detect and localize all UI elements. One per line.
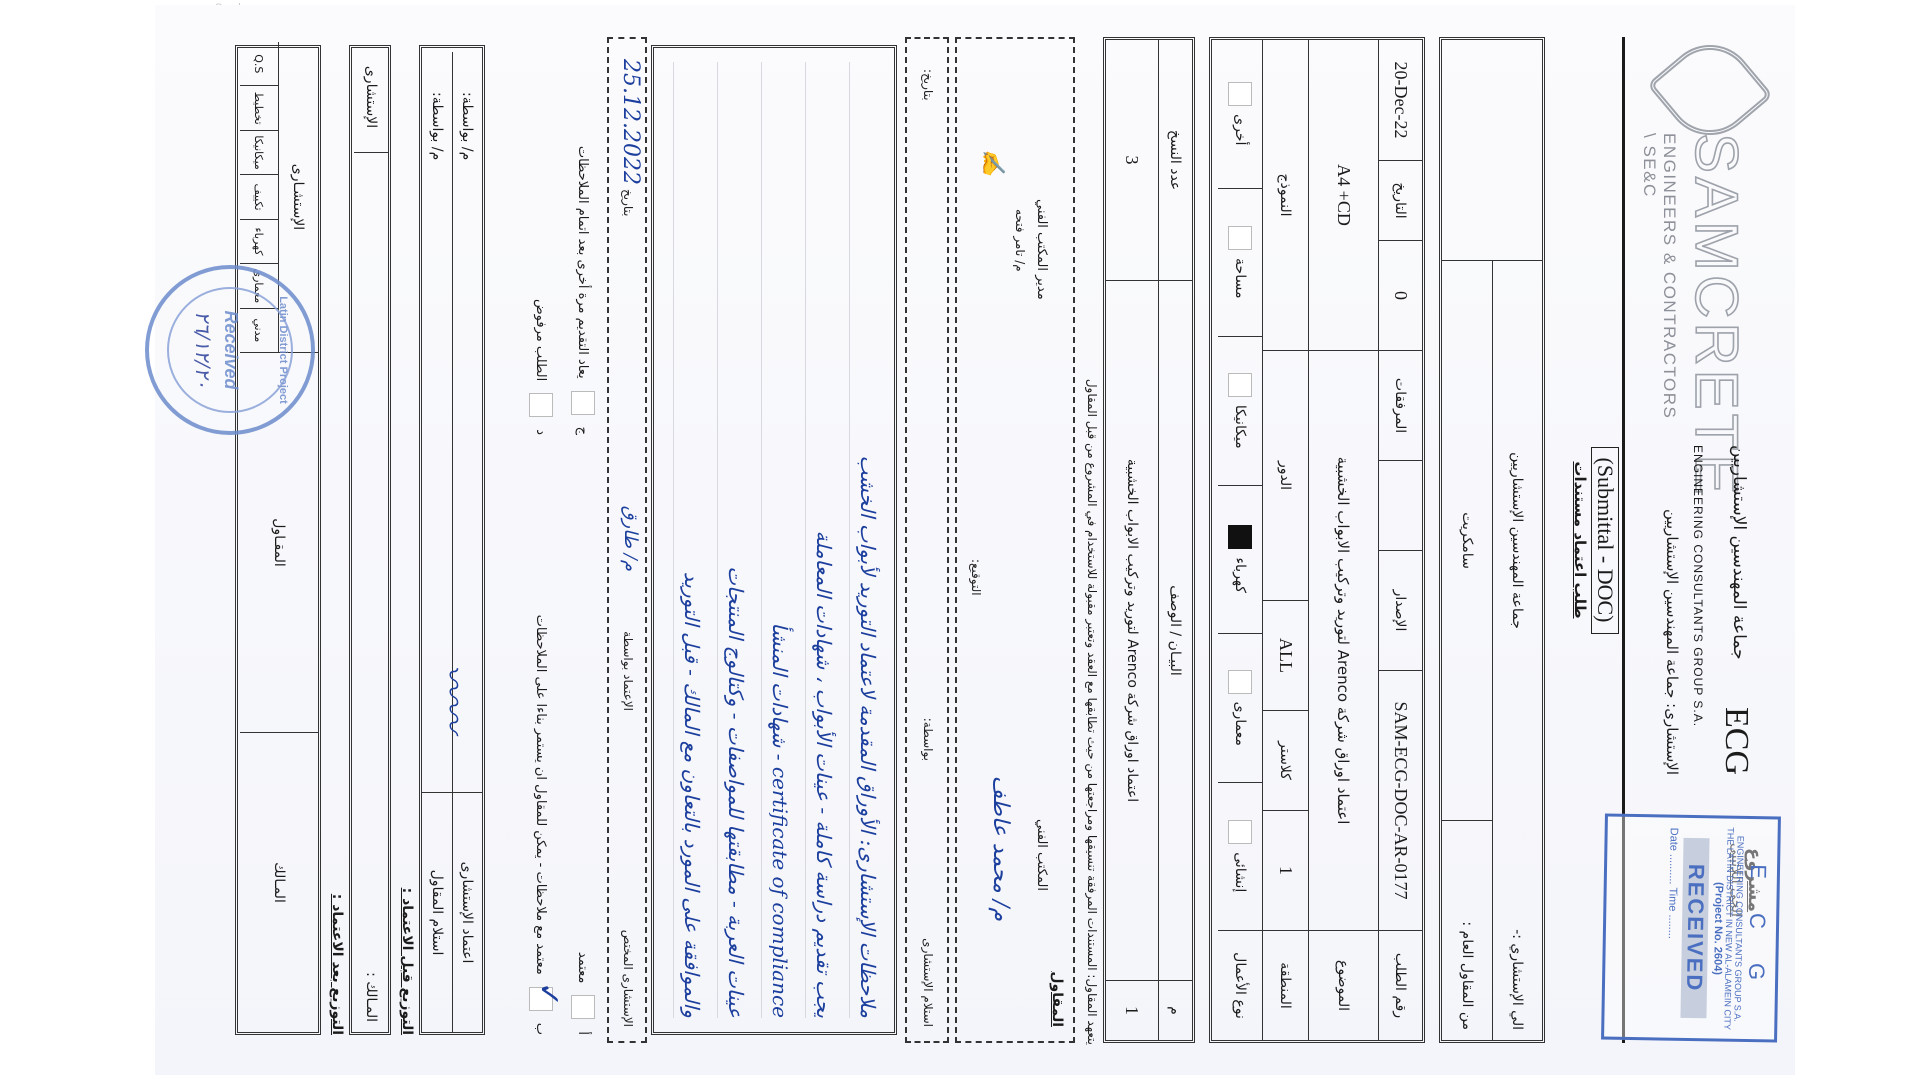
- work-type-label: إنشائى: [1232, 852, 1248, 892]
- consultant-sign-row: الإستشارى المختص الإعتماد بواسطة م/ طارق…: [607, 37, 647, 1043]
- from-label: من المقاول العام :: [1442, 820, 1492, 1040]
- notes-date: 25.12.2022: [618, 59, 643, 185]
- date-value: 20-Dec-22: [1378, 40, 1422, 160]
- consultant-approval-signature: 〰〰: [431, 664, 480, 732]
- consultant-notes-text: ملاحظات الإستشارى: الأوراق المقدمة لاعتم…: [670, 62, 890, 1018]
- to-from-block: الي الإستشاري :- جماعة المهندسين الإستشا…: [1439, 37, 1545, 1043]
- checkbox-icon[interactable]: [571, 391, 595, 415]
- latin-district-round-stamp: Latin District Project Received ٢٦/١٢/٢٠: [145, 265, 315, 435]
- items-table: م البيـان / الوصف عدد النسخ 1 اعتماد اور…: [1103, 37, 1195, 1043]
- to-label: الي الإستشاري :-: [1492, 820, 1542, 1040]
- ecg-logo: ECG جماعة المهندسين الإستشاريين ENGINEER…: [1641, 445, 1761, 775]
- work-type-checkboxes: إنشائىمعمارىكهرباءميكانيكامساحةأخرى: [1218, 40, 1262, 930]
- handwritten-note-line: عينات العربة - مطابقتها للمواصفات - وكتا…: [714, 62, 758, 1018]
- handwritten-note-line: والموافقة على المورد بالتعاون مع المالك …: [670, 62, 714, 1018]
- request-info-table: رقم الطلب SAM-ECG-DOC-AR-0177 الإصدار ال…: [1209, 37, 1425, 1043]
- tech-office-signature: م/ محمد عاطف: [988, 776, 1013, 921]
- item-copies: 3: [1106, 40, 1158, 280]
- work-type-option: معمارى: [1218, 633, 1262, 782]
- handwritten-note-line: يجب تقديم دراسة كاملة - عينات الأبواب ، …: [802, 62, 846, 1018]
- work-type-label: معمارى: [1232, 702, 1248, 746]
- work-type-option: مساحة: [1218, 188, 1262, 337]
- checkbox-icon[interactable]: [1228, 82, 1252, 106]
- checkbox-icon[interactable]: [1228, 373, 1252, 397]
- distribution-before: المـالك : الإستشارى: [349, 45, 391, 1035]
- floor-value: ALL: [1262, 600, 1308, 710]
- distribution-after: المـالك المقـاول الإستشـارى مدنيمعمارىكه…: [235, 45, 321, 1035]
- approver-signature: م/ طارق: [620, 506, 641, 571]
- checkbox-icon[interactable]: [571, 995, 595, 1019]
- checkbox-icon[interactable]: ✓: [529, 987, 553, 1011]
- decision-option: ب✓معتمد مع ملاحظات - يمكن للمقاول ان يست…: [529, 615, 553, 1035]
- item-number: 1: [1106, 980, 1158, 1040]
- checkbox-icon[interactable]: [529, 393, 553, 417]
- handwritten-note-line: certificate of compliance - شهادات المنش…: [758, 62, 802, 1018]
- to-value: جماعة المهندسين الإستشاريين: [1492, 260, 1542, 820]
- checkbox-icon[interactable]: [1228, 820, 1252, 844]
- consultant-notes-box: ملاحظات الإستشارى: الأوراق المقدمة لاعتم…: [651, 45, 897, 1035]
- request-number: SAM-ECG-DOC-AR-0177: [1378, 670, 1422, 930]
- checkbox-icon[interactable]: [1228, 670, 1252, 694]
- from-value: سامكريت: [1442, 260, 1492, 820]
- work-type-label: أخرى: [1232, 114, 1248, 145]
- tech-manager-signature: ✍: [980, 149, 1005, 176]
- checkmark-icon: ✓: [531, 982, 566, 1007]
- issue-value: [1378, 460, 1422, 550]
- approval-signatures: اعتماد الإستشارى م/ بواسطة: استلام المقا…: [419, 45, 485, 1035]
- decision-option: دالطلب مرفوض: [529, 299, 553, 435]
- work-type-label: ميكانيكا: [1232, 405, 1248, 449]
- attachments-value: 0: [1378, 240, 1422, 350]
- checkbox-icon[interactable]: [1228, 226, 1252, 250]
- department-cell: كهرباء: [240, 219, 278, 263]
- contractor-declaration: يتعهد المقاول: المستندات المرفقة تنسيقها…: [1085, 35, 1099, 1045]
- consultant-receipt-row: استلام الإستشارى بواسطة: بتاريخ:: [905, 37, 949, 1043]
- decision-options: أمعتمدب✓معتمد مع ملاحظات - يمكن للمقاول …: [495, 45, 595, 1035]
- checkbox-icon[interactable]: [1228, 525, 1252, 549]
- decision-option: جيعاد التقديم مرة أخرى بعد اتمام الملاحظ…: [571, 146, 595, 435]
- work-type-label: مساحة: [1232, 258, 1248, 298]
- department-cell: تخطيط: [240, 85, 278, 129]
- work-type-option: إنشائى: [1218, 782, 1262, 931]
- cluster-value: 1: [1262, 810, 1308, 930]
- contractor-signature-block: المقاول المكتب الفني م/ محمد عاطف مدير ا…: [955, 37, 1075, 1043]
- work-type-option: أخرى: [1218, 40, 1262, 188]
- handwritten-note-line: ملاحظات الإستشارى: الأوراق المقدمة لاعتم…: [846, 62, 890, 1018]
- work-type-option: ميكانيكا: [1218, 336, 1262, 485]
- submittal-form-page: SAMCRETE ENGINEERS & CONTRACTORS \ SE&C …: [155, 5, 1795, 1075]
- department-cell: تكييف: [240, 174, 278, 218]
- department-cell: Q.S: [240, 42, 278, 85]
- work-type-label: كهرباء: [1232, 557, 1248, 593]
- item-description: اعتماد اوراق شركة Arenco لتوريد وتركيب ا…: [1106, 280, 1158, 980]
- department-cell: ميكانيكا: [240, 130, 278, 174]
- subject-value: اعتماد اوراق شركة Arenco لتوريد وتركيب ا…: [1308, 350, 1378, 930]
- work-type-option: كهرباء: [1218, 485, 1262, 634]
- model-value: A4 +CD: [1308, 40, 1378, 350]
- ecg-received-stamp: E C G ENGINEERING CONSULTANTS GROUP S.A.…: [1601, 813, 1781, 1042]
- decision-option: أمعتمد: [571, 952, 595, 1035]
- samcrete-logo: SAMCRETE ENGINEERS & CONTRACTORS \ SE&C: [1645, 45, 1755, 425]
